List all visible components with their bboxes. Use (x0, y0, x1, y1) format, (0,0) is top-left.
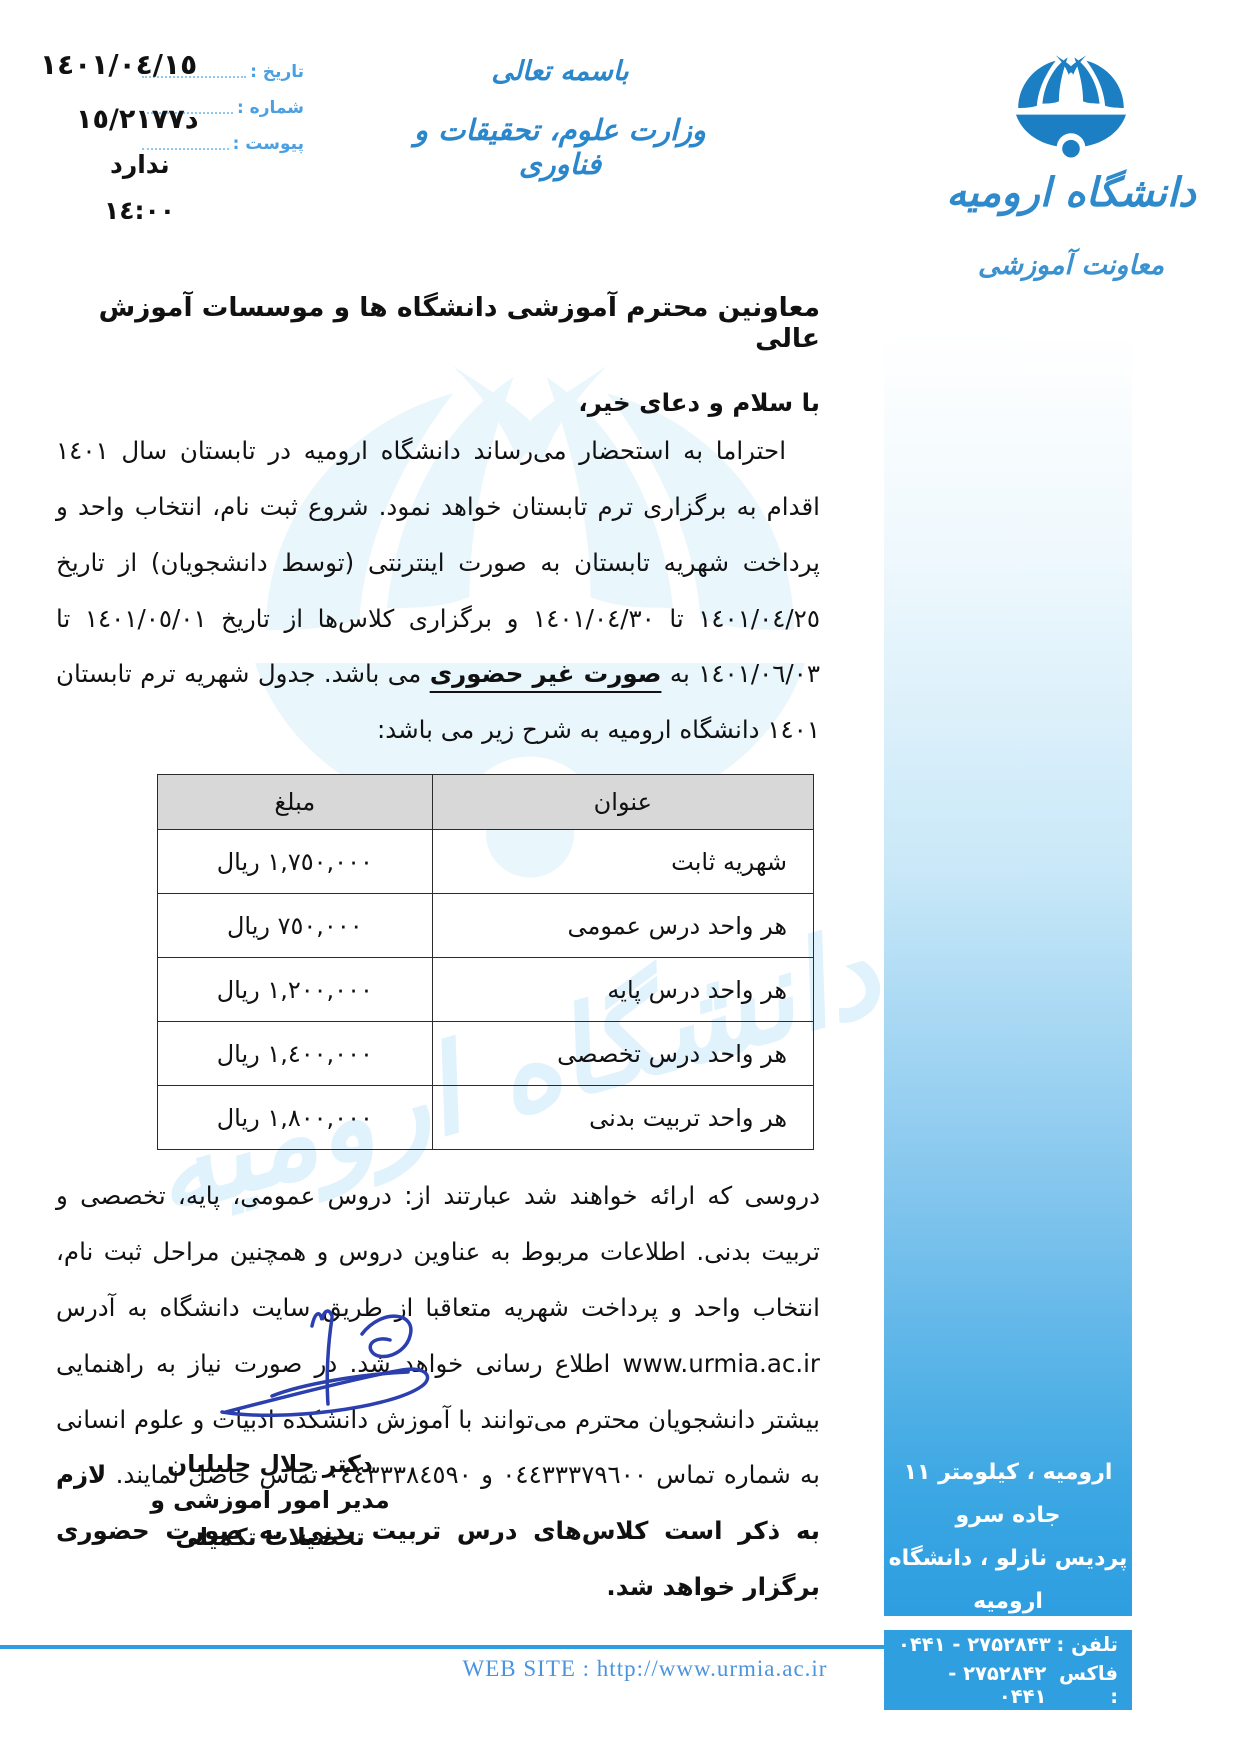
university-name: دانشگاه ارومیه (942, 170, 1200, 216)
fax-row: فاکس : ۲۷۵۲۸۴۲ - ۰۴۴۱ (898, 1662, 1118, 1708)
phone-value: ۲۷۵۲۸۴۳ - ۰۴۴۱ (898, 1633, 1051, 1656)
university-logo-block: دانشگاه ارومیه معاونت آموزشی (942, 52, 1200, 281)
table-row: هر واحد درس تخصصی ١,٤٠٠,٠٠٠ ریال (158, 1022, 814, 1086)
fax-label: فاکس : (1046, 1662, 1118, 1708)
recipient-title: معاونین محترم آموزشی دانشگاه ها و موسسات… (56, 292, 820, 354)
table-row: شهریه ثابت ١,٧٥٠,٠٠٠ ریال (158, 830, 814, 894)
attachment-dotted-line (142, 134, 229, 150)
signer-name: دکتر جلال جلیلیان (100, 1446, 440, 1482)
bismillah-text: باسمه تعالی (400, 56, 720, 87)
fee-title: شهریه ثابت (432, 830, 813, 894)
number-value: د١٥/٢١٧٧ (76, 104, 199, 135)
fee-amount: ١,٢٠٠,٠٠٠ ریال (158, 958, 433, 1022)
address-line-2: پردیس نازلو ، دانشگاه ارومیه (884, 1538, 1132, 1624)
fax-value: ۲۷۵۲۸۴۲ - ۰۴۴۱ (898, 1662, 1046, 1708)
fee-title: هر واحد درس عمومی (432, 894, 813, 958)
signature-block: دکتر جلال جلیلیان مدیر امور آموزشی و تحص… (100, 1446, 440, 1555)
table-header-row: عنوان مبلغ (158, 775, 814, 830)
paragraph-1-emphasis: صورت غیر حضوری (430, 659, 662, 688)
phone-label: تلفن : (1057, 1633, 1118, 1656)
footer-divider (0, 1645, 884, 1649)
fee-amount: ١,٨٠٠,٠٠٠ ریال (158, 1086, 433, 1150)
column-header-title: عنوان (432, 775, 813, 830)
table-row: هر واحد تربیت بدنی ١,٨٠٠,٠٠٠ ریال (158, 1086, 814, 1150)
side-gradient-panel: ارومیه ، کیلومتر ۱۱ جاده سرو پردیس نازلو… (884, 330, 1132, 1616)
date-label: تاریخ : (250, 62, 304, 82)
salutation: با سلام و دعای خیر، (56, 388, 820, 417)
ministry-name: وزارت علوم، تحقیقات و فناوری (400, 113, 720, 181)
fee-amount: ٧٥٠,٠٠٠ ریال (158, 894, 433, 958)
deputy-name: معاونت آموزشی (942, 250, 1200, 281)
letterhead-center: باسمه تعالی وزارت علوم، تحقیقات و فناوری (400, 56, 720, 181)
fee-title: هر واحد درس تخصصی (432, 1022, 813, 1086)
tuition-table: عنوان مبلغ شهریه ثابت ١,٧٥٠,٠٠٠ ریال هر … (157, 774, 814, 1150)
signature-icon (212, 1300, 452, 1430)
number-label: شماره : (237, 98, 304, 118)
attachment-value: ندارد (110, 150, 170, 179)
letter-page: دانشگاه ارومیه تاریخ : شماره : پیوست : ١… (0, 0, 1240, 1754)
university-logo-icon (1005, 52, 1137, 164)
date-value: ١٤٠١/٠٤/١٥ (40, 48, 197, 81)
phone-row: تلفن : ۲۷۵۲۸۴۳ - ۰۴۴۱ (898, 1633, 1118, 1656)
contact-box: تلفن : ۲۷۵۲۸۴۳ - ۰۴۴۱ فاکس : ۲۷۵۲۸۴۲ - ۰… (884, 1630, 1132, 1710)
fee-title: هر واحد تربیت بدنی (432, 1086, 813, 1150)
fee-title: هر واحد درس پایه (432, 958, 813, 1022)
table-row: هر واحد درس پایه ١,٢٠٠,٠٠٠ ریال (158, 958, 814, 1022)
address-line-1: ارومیه ، کیلومتر ۱۱ جاده سرو (884, 1452, 1132, 1538)
column-header-amount: مبلغ (158, 775, 433, 830)
table-row: هر واحد درس عمومی ٧٥٠,٠٠٠ ریال (158, 894, 814, 958)
signer-title: مدیر امور آموزشی و تحصیلات تکمیلی (100, 1482, 440, 1555)
website-url: WEB SITE : http://www.urmia.ac.ir (420, 1656, 870, 1682)
paragraph-1: احتراما به استحضار می‌رساند دانشگاه اروم… (56, 423, 820, 758)
fee-amount: ١,٧٥٠,٠٠٠ ریال (158, 830, 433, 894)
fee-amount: ١,٤٠٠,٠٠٠ ریال (158, 1022, 433, 1086)
time-value: ١٤:٠٠ (104, 196, 175, 225)
attachment-label: پیوست : (233, 134, 304, 154)
paragraph-1-text: احتراما به استحضار می‌رساند دانشگاه اروم… (56, 436, 820, 688)
